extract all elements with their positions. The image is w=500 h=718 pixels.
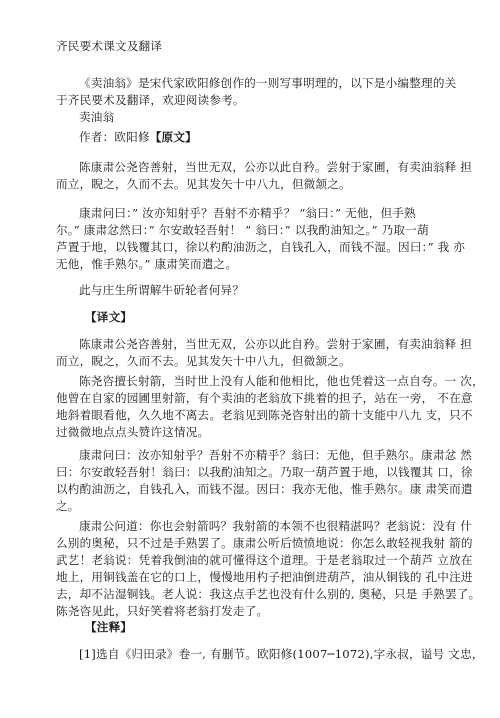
original-p1-line-1: 陈康肃公尧咨善射，当世无双，公亦以此自矜。尝射于家圃，有卖油翁释 担 (79, 159, 472, 176)
translation-p2-line-1: 陈尧咨擅长射箭，当时世上没有人能和他相比，他也凭着这一点自夸。一 次， (79, 373, 484, 390)
translation-p3-line-2: 曰：尔安敢轻吾射！翁曰：以我酌油知之。乃取一葫芦置于地，以钱覆其 口，徐 (56, 464, 473, 481)
intro-line-2: 于齐民要术及翻译，欢迎阅读参考。 (56, 92, 245, 109)
notes-heading: 【注释】 (85, 619, 132, 636)
translation-p4-line-5: 去，却不沾湿铜钱。老人说：我这点手艺也没有什么别的, 奥秘，只是 手熟罢了。 (56, 586, 480, 603)
translation-p4-line-6: 陈尧咨见此，只好笑着将老翁打发走了。 (56, 603, 268, 620)
translation-p1-line-2: 而立，睨之，久而不去。见其发矢十中八九，但微颔之。 (56, 353, 351, 370)
translation-p2-line-2: 他曾在自家的园圃里射箭，有个卖油的老翁放下挑着的担子，站在一旁， 不在意 (56, 390, 473, 407)
translation-p4-line-1: 康肃公问道：你也会射箭吗？我射箭的本领不也很精湛吗？老翁说：没有 什 (79, 518, 472, 535)
document-title: 齐民要术课文及翻译 (56, 38, 162, 55)
original-text-heading: 【原文】 (150, 130, 197, 144)
translation-p1-line-1: 陈康肃公尧咨善射，当世无双，公亦以此自矜。尝射于家圃，有卖油翁释 担 (79, 336, 472, 353)
author-name: 作者：欧阳修 (79, 130, 150, 144)
intro-line-1: 《卖油翁》是宋代家欧阳修创作的一则写事明理的，以下是小编整理的关 (79, 75, 456, 92)
original-p1-line-2: 而立，睨之，久而不去。见其发矢十中八九，但微颔之。 (56, 176, 351, 193)
original-p2-line-1: 康肃问曰：” 汝亦知射乎？吾射不亦精乎？ “翁曰：” 无他，但手熟 (79, 205, 416, 222)
document-page: 齐民要术课文及翻译 《卖油翁》是宋代家欧阳修创作的一则写事明理的，以下是小编整理… (0, 0, 500, 718)
translation-p3-line-3: 以杓酌油沥之，自钱孔入，而钱不湿。因曰：我亦无他，惟手熟尔。康 肃笑而遣 (56, 481, 473, 498)
original-p2-line-4: 无他，惟手熟尔。” 康肃笑而遣之。 (56, 256, 237, 273)
note-1: [1]选自《归田录》卷一, 有删节。欧阳修(1007─1072),字永叔，谥号 … (79, 646, 484, 663)
work-title: 卖油翁 (79, 109, 114, 126)
author-line: 作者：欧阳修【原文】 (79, 129, 197, 146)
translation-p4-line-3: 武艺！老翁说：凭着我倒油的就可懂得这个道理。于是老翁取过一个葫芦 立放在 (56, 552, 473, 569)
translation-p3-line-4: 之。 (56, 498, 80, 515)
original-p2-line-2: 尔。” 康肃忿然曰：” 尔安敢轻吾射！ ” 翁曰：” 以我酌油知之。” 乃取一葫 (56, 222, 429, 239)
translation-p4-line-4: 地上，用铜钱盖在它的口上，慢慢地用杓子把油倒进葫芦，油从铜钱的 孔中注进 (56, 569, 473, 586)
translation-p4-line-2: 么别的奥秘，只不过是手熟罢了。康肃公听后愤愤地说：你怎么敢轻视我射 箭的 (56, 535, 473, 552)
translation-p2-line-3: 地斜着眼看他，久久地不离去。老翁见到陈尧咨射出的箭十支能中八九 支，只不 (56, 407, 473, 424)
translation-p3-line-1: 康肃问曰：汝亦知射乎？吾射不亦精乎？翁曰：无他，但手熟尔。康肃忿 然 (79, 447, 472, 464)
original-p2-line-3: 芦置于地，以钱覆其口，徐以杓酌油沥之，自钱孔入，而钱不湿。因曰：” 我 亦 (56, 239, 465, 256)
translation-p2-line-4: 过微微地点点头赞许这情况。 (56, 424, 209, 441)
original-p3-line-1: 此与庄生所谓解牛斫轮者何异？ (79, 282, 244, 299)
translation-heading: 【译文】 (85, 309, 132, 326)
